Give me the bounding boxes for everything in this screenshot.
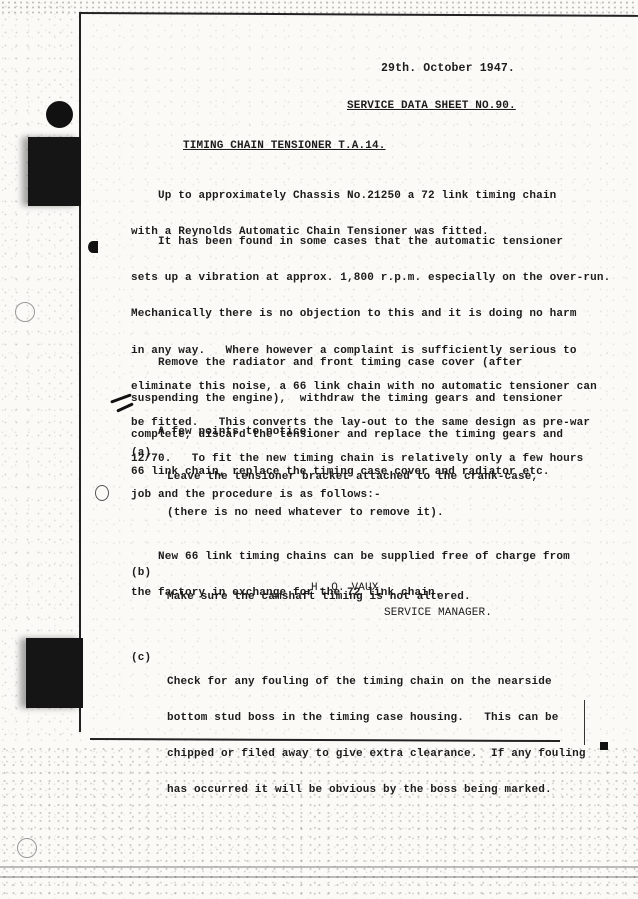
text-line: It has been found in some cases that the… [131, 236, 610, 248]
subject-heading: TIMING CHAIN TENSIONER T.A.14. [183, 140, 386, 152]
punch-hole-icon [46, 101, 73, 128]
binder-mark-top [28, 137, 81, 206]
paragraph-closing: New 66 link timing chains can be supplie… [131, 527, 570, 611]
text-line: Mechanically there is no objection to th… [131, 308, 610, 320]
punch-hole-outline-icon [95, 485, 109, 501]
text-line: has occurred it will be obvious by the b… [167, 784, 586, 796]
sheet-number-heading: SERVICE DATA SHEET NO.90. [347, 100, 516, 112]
document-date: 29th. October 1947. [381, 63, 515, 75]
list-item-c: (c) Check for any fouling of the timing … [131, 652, 586, 821]
points-list: (a) Leave the tensioner bracket attached… [131, 423, 586, 832]
text-line: New 66 link timing chains can be supplie… [131, 551, 570, 563]
text-line: (there is no need whatever to remove it)… [167, 507, 538, 519]
binder-mark-bottom [26, 638, 83, 708]
text-line: Remove the radiator and front timing cas… [131, 357, 563, 369]
sheet-edge-left [79, 12, 81, 732]
punch-hole-outline-icon [17, 838, 37, 858]
text-line: Up to approximately Chassis No.21250 a 7… [131, 190, 556, 202]
list-item-text: Check for any fouling of the timing chai… [167, 652, 586, 821]
corner-mark [600, 742, 608, 750]
text-line: Check for any fouling of the timing chai… [167, 676, 586, 688]
signature-title: SERVICE MANAGER. [384, 607, 492, 619]
signature-name: H. O. VAUX. [311, 582, 385, 594]
list-label: (c) [131, 652, 167, 821]
scan-band [0, 866, 638, 868]
scan-band [0, 876, 638, 878]
text-line: chipped or filed away to give extra clea… [167, 748, 586, 760]
text-line: sets up a vibration at approx. 1,800 r.p… [131, 272, 610, 284]
margin-mark [88, 241, 98, 253]
text-line: Leave the tensioner bracket attached to … [167, 471, 538, 483]
punch-hole-outline-icon [15, 302, 35, 322]
text-line: bottom stud boss in the timing case hous… [167, 712, 586, 724]
pen-mark [110, 393, 132, 403]
